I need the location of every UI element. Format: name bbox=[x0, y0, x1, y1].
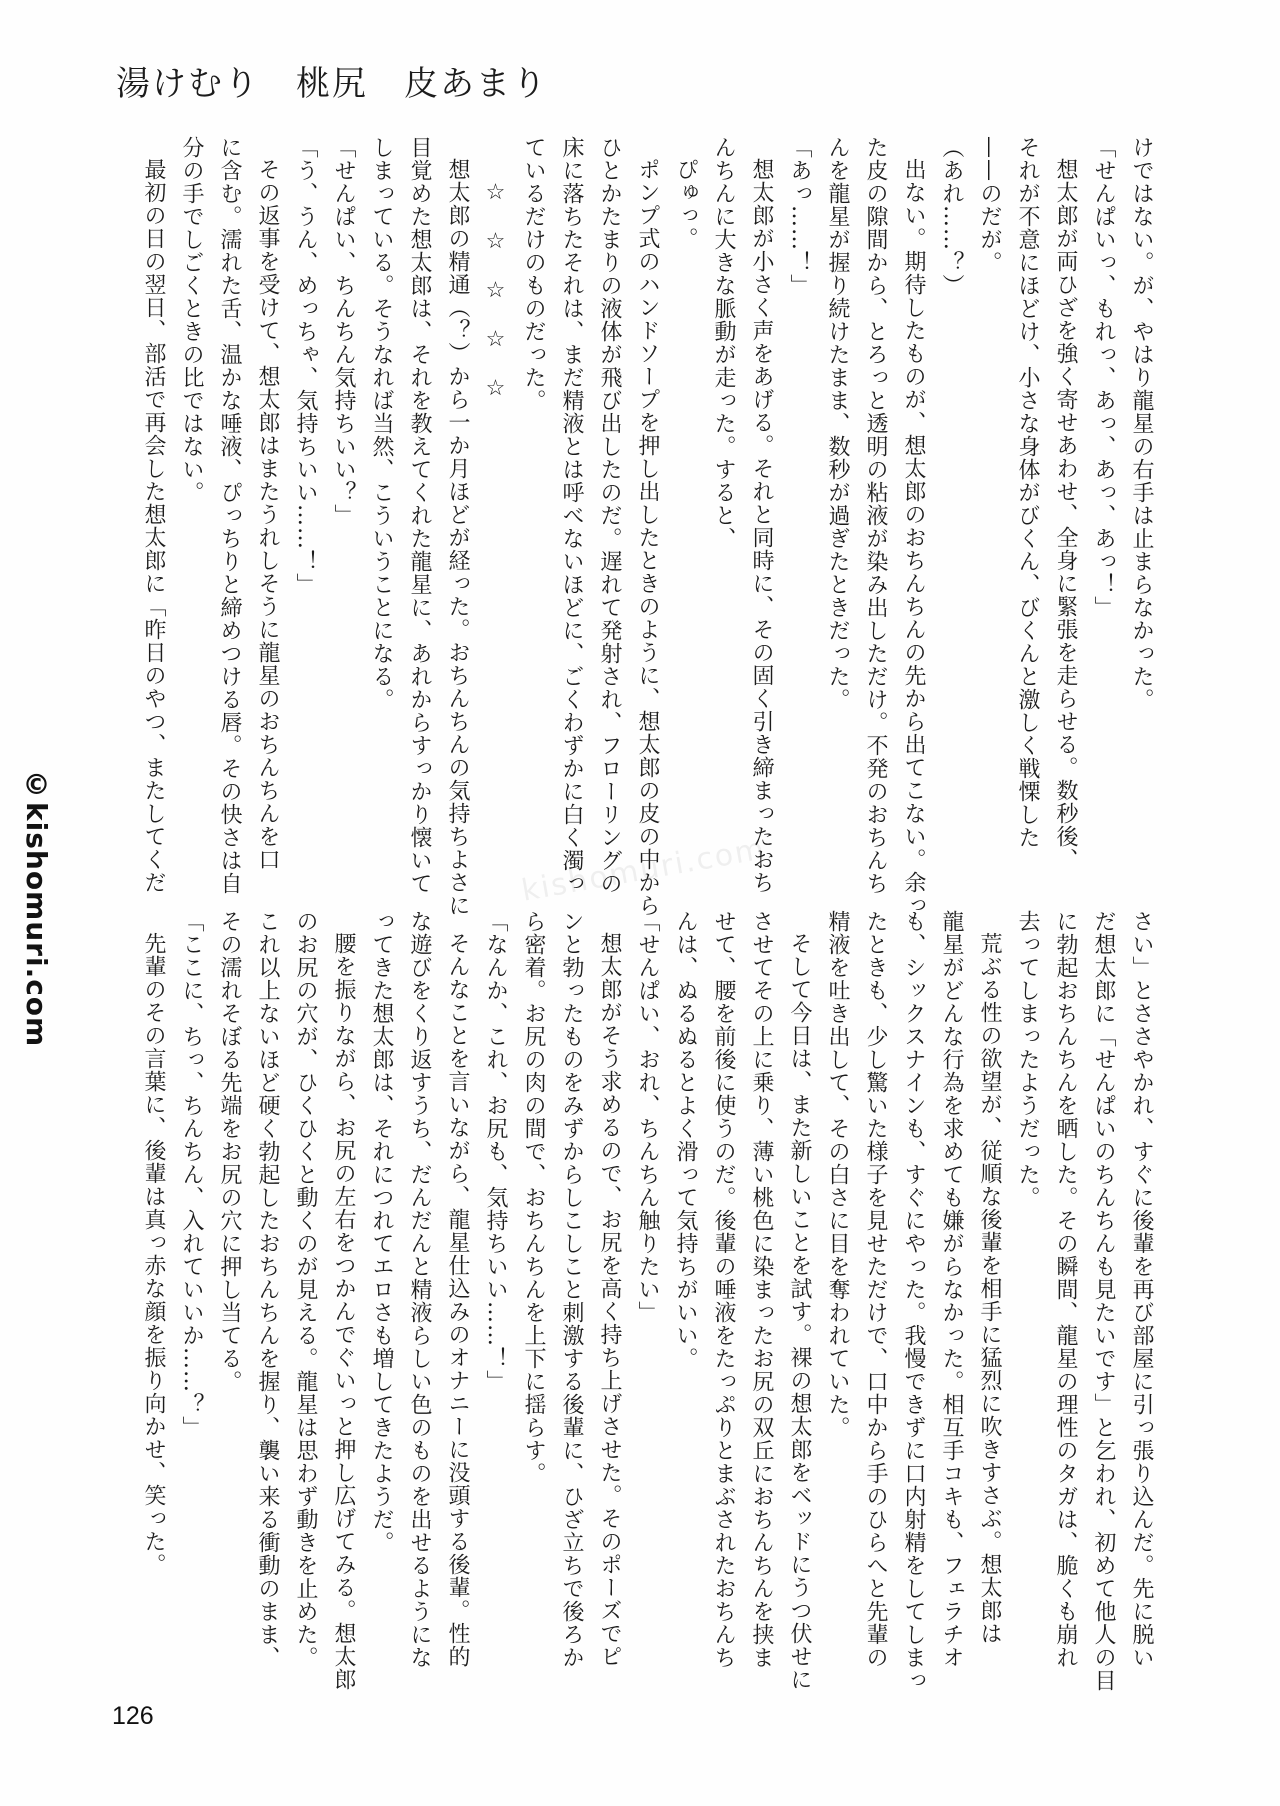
text-column: 「ここに、ちっ、ちんちん、入れていいか……？」 bbox=[172, 910, 210, 1700]
text-column: 想太郎が両ひざを強く寄せあわせ、全身に緊張を走らせる。数秒後、 bbox=[1046, 136, 1084, 911]
text-column: その濡れそぼる先端をお尻の穴に押し当てる。 bbox=[210, 910, 248, 1700]
text-column: だ想太郎に「せんぱいのちんちんも見たいです」と乞われ、初めて他人の目 bbox=[1084, 910, 1122, 1700]
text-column: これ以上ないほど硬く勃起したおちんちんを握り、襲い来る衝動のまま、 bbox=[248, 910, 286, 1700]
text-column: 出ない。期待したものが、想太郎のおちんちんの先から出てこない。余っ bbox=[894, 136, 932, 911]
text-column: 想太郎が小さく声をあげる。それと同時に、その固く引き締まったおち bbox=[742, 136, 780, 911]
text-column: 想太郎がそう求めるので、お尻を高く持ち上げさせた。そのポーズでピ bbox=[590, 910, 628, 1700]
text-column: 先輩のその言葉に、後輩は真っ赤な顔を振り向かせ、笑った。 bbox=[134, 910, 172, 1700]
text-column: ているだけのものだった。 bbox=[514, 136, 552, 911]
text-column: たときも、少し驚いた様子を見せただけで、口中から手のひらへと先輩の bbox=[856, 910, 894, 1700]
text-column: ☆ ☆ ☆ ☆ ☆ bbox=[476, 136, 514, 911]
text-column: けではない。が、やはり龍星の右手は止まらなかった。 bbox=[1122, 136, 1160, 911]
text-column: それが不意にほどけ、小さな身体がびくん、びくんと激しく戦慄した bbox=[1008, 136, 1046, 911]
novel-page: 湯けむり 桃尻 皮あまり けではない。が、やはり龍星の右手は止まらなかった。「せ… bbox=[0, 0, 1280, 1806]
top-band: けではない。が、やはり龍星の右手は止まらなかった。「せんぱいっ、もれっ、あっ、あ… bbox=[134, 136, 1160, 911]
text-column: 最初の日の翌日、部活で再会した想太郎に「昨日のやつ、またしてくだ bbox=[134, 136, 172, 911]
text-column: 去ってしまったようだった。 bbox=[1008, 910, 1046, 1700]
text-column: 床に落ちたそれは、まだ精液とは呼べないほどに、ごくわずかに白く濁っ bbox=[552, 136, 590, 911]
text-column: 「せんぱいっ、もれっ、あっ、あっ、あっ！」 bbox=[1084, 136, 1122, 911]
text-column: 龍星がどんな行為を求めても嫌がらなかった。相互手コキも、フェラチオ bbox=[932, 910, 970, 1700]
text-column: んちんに大きな脈動が走った。すると、 bbox=[704, 136, 742, 911]
text-column: ——のだが。 bbox=[970, 136, 1008, 911]
text-column: 目覚めた想太郎は、それを教えてくれた龍星に、あれからすっかり懐いて bbox=[400, 136, 438, 911]
text-column: 荒ぶる性の欲望が、従順な後輩を相手に猛烈に吹きすさぶ。想太郎は bbox=[970, 910, 1008, 1700]
text-column: ひとかたまりの液体が飛び出したのだ。遅れて発射され、フローリングの bbox=[590, 136, 628, 911]
text-column: さい」とささやかれ、すぐに後輩を再び部屋に引っ張り込んだ。先に脱い bbox=[1122, 910, 1160, 1700]
text-column: に勃起おちんちんを晒した。その瞬間、龍星の理性のタガは、脆くも崩れ bbox=[1046, 910, 1084, 1700]
bottom-band: さい」とささやかれ、すぐに後輩を再び部屋に引っ張り込んだ。先に脱いだ想太郎に「せ… bbox=[134, 910, 1160, 1700]
text-column: せて、腰を前後に使うのだ。後輩の唾液をたっぷりとまぶされたおちんち bbox=[704, 910, 742, 1700]
text-column: 腰を振りながら、お尻の左右をつかんでぐいっと押し広げてみる。想太郎 bbox=[324, 910, 362, 1700]
text-column: そして今日は、また新しいことを試す。裸の想太郎をベッドにうつ伏せに bbox=[780, 910, 818, 1700]
text-column: 「う、うん、めっちゃ、気持ちいい……！」 bbox=[286, 136, 324, 911]
text-column: んは、ぬるぬるとよく滑って気持ちがいい。 bbox=[666, 910, 704, 1700]
text-column: んを龍星が握り続けたまま、数秒が過ぎたときだった。 bbox=[818, 136, 856, 911]
text-column: ってきた想太郎は、それにつれてエロさも増してきたようだ。 bbox=[362, 910, 400, 1700]
text-column: のお尻の穴が、ひくひくと動くのが見える。龍星は思わず動きを止めた。 bbox=[286, 910, 324, 1700]
text-column: 想太郎の精通（？）から一か月ほどが経った。おちんちんの気持ちよさに bbox=[438, 136, 476, 911]
text-column: 「せんぱい、ちんちん気持ちいい？」 bbox=[324, 136, 362, 911]
text-column: その返事を受けて、想太郎はまたうれしそうに龍星のおちんちんを口 bbox=[248, 136, 286, 911]
text-column: 「なんか、これ、お尻も、気持ちいい……！」 bbox=[476, 910, 514, 1700]
text-column: させてその上に乗り、薄い桃色に染まったお尻の双丘におちんちんを挟ま bbox=[742, 910, 780, 1700]
text-column: 「せんぱい、おれ、ちんちん触りたい」 bbox=[628, 910, 666, 1700]
text-column: ら密着。お尻の肉の間で、おちんちんを上下に揺らす。 bbox=[514, 910, 552, 1700]
text-column: に含む。濡れた舌、温かな唾液、ぴっちりと締めつける唇。その快さは自 bbox=[210, 136, 248, 911]
text-column: ぴゅっ。 bbox=[666, 136, 704, 911]
text-column: ンと勃ったものをみずからしこしこと刺激する後輩に、ひざ立ちで後ろか bbox=[552, 910, 590, 1700]
text-column: そんなことを言いながら、龍星仕込みのオナニーに没頭する後輩。性的 bbox=[438, 910, 476, 1700]
page-title: 湯けむり 桃尻 皮あまり bbox=[116, 56, 548, 105]
page-number: 126 bbox=[112, 1702, 154, 1731]
text-column: （あれ……？） bbox=[932, 136, 970, 911]
text-column: も、シックスナインも、すぐにやった。我慢できずに口内射精をしてしまっ bbox=[894, 910, 932, 1700]
text-column: な遊びをくり返すうち、だんだんと精液らしい色のものを出せるようにな bbox=[400, 910, 438, 1700]
text-column: た皮の隙間から、とろっと透明の粘液が染み出しただけ。不発のおちんち bbox=[856, 136, 894, 911]
text-column: しまっている。そうなれば当然、こういうことになる。 bbox=[362, 136, 400, 911]
text-column: 精液を吐き出して、その白さに目を奪われていた。 bbox=[818, 910, 856, 1700]
text-column: 「あっ……！」 bbox=[780, 136, 818, 911]
side-watermark: ©kishomuri.com bbox=[20, 768, 53, 1047]
text-column: ポンプ式のハンドソープを押し出したときのように、想太郎の皮の中から bbox=[628, 136, 666, 911]
text-column: 分の手でしごくときの比ではない。 bbox=[172, 136, 210, 911]
